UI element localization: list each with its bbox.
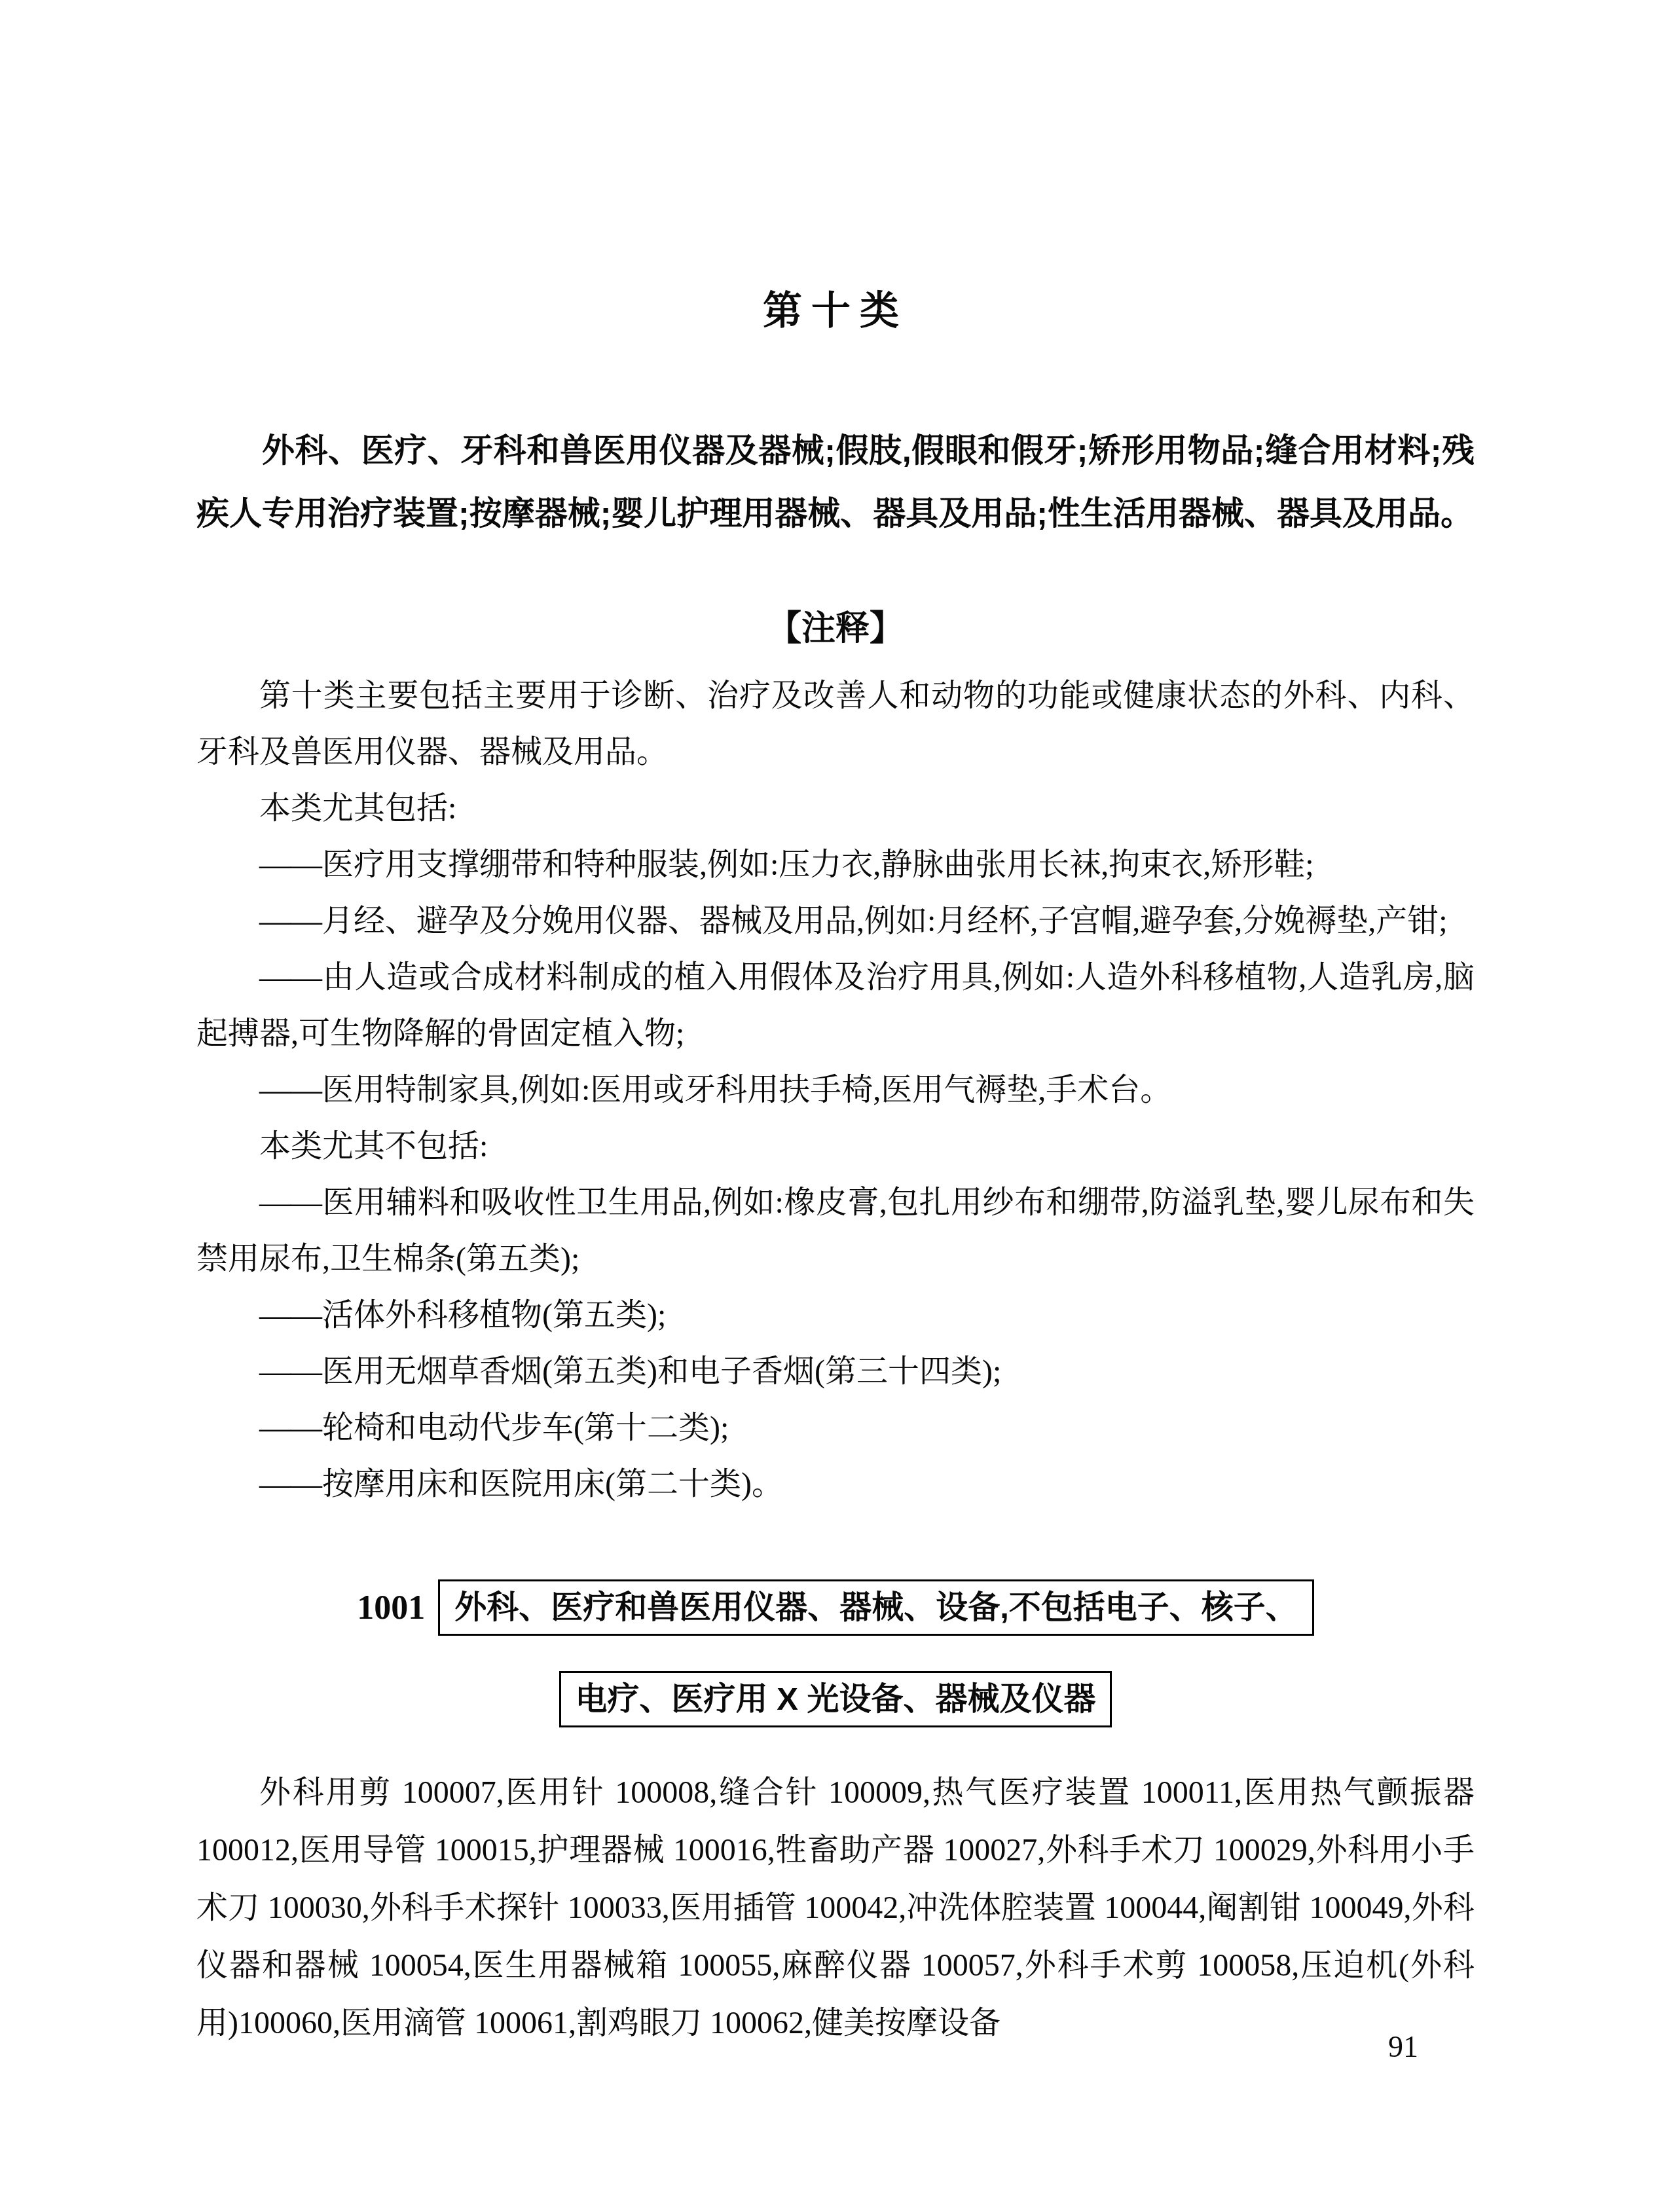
page-number: 91 bbox=[1388, 2029, 1418, 2065]
note-list-item: ——活体外科移植物(第五类); bbox=[196, 1287, 1475, 1344]
note-list-item: ——轮椅和电动代步车(第十二类); bbox=[196, 1400, 1475, 1456]
class-title: 第十类 bbox=[196, 287, 1475, 335]
section-heading-line1: 外科、医疗和兽医用仪器、器械、设备,不包括电子、核子、 bbox=[438, 1579, 1314, 1636]
note-list-item: ——按摩用床和医院用床(第二十类)。 bbox=[196, 1456, 1475, 1513]
notes-section: 第十类主要包括主要用于诊断、治疗及改善人和动物的功能或健康状态的外科、内科、牙科… bbox=[196, 668, 1475, 1513]
note-list-item: ——医用辅料和吸收性卫生用品,例如:橡皮膏,包扎用纱布和绷带,防溢乳垫,婴儿尿布… bbox=[196, 1175, 1475, 1287]
document-page: 第十类 外科、医疗、牙科和兽医用仪器及器械;假肢,假眼和假牙;矫形用物品;缝合用… bbox=[0, 0, 1671, 2212]
section-heading-row2: 电疗、医疗用 X 光设备、器械及仪器 bbox=[196, 1671, 1475, 1727]
note-list-item: ——医疗用支撑绷带和特种服装,例如:压力衣,静脉曲张用长袜,拘束衣,矫形鞋; bbox=[196, 837, 1475, 893]
note-list-item: ——月经、避孕及分娩用仪器、器械及用品,例如:月经杯,子宫帽,避孕套,分娩褥垫,… bbox=[196, 893, 1475, 949]
section-heading-row: 1001 外科、医疗和兽医用仪器、器械、设备,不包括电子、核子、 bbox=[196, 1579, 1475, 1636]
note-subhead-excludes: 本类尤其不包括: bbox=[196, 1118, 1475, 1175]
class-description: 外科、医疗、牙科和兽医用仪器及器械;假肢,假眼和假牙;矫形用物品;缝合用材料;残… bbox=[196, 419, 1475, 545]
section-goods-list: 外科用剪 100007,医用针 100008,缝合针 100009,热气医疗装置… bbox=[196, 1764, 1475, 2052]
note-list-item: ——医用特制家具,例如:医用或牙科用扶手椅,医用气褥垫,手术台。 bbox=[196, 1062, 1475, 1118]
section-heading-line2: 电疗、医疗用 X 光设备、器械及仪器 bbox=[559, 1671, 1112, 1727]
page-content: 第十类 外科、医疗、牙科和兽医用仪器及器械;假肢,假眼和假牙;矫形用物品;缝合用… bbox=[196, 0, 1475, 2052]
note-list-item: ——由人造或合成材料制成的植入用假体及治疗用具,例如:人造外科移植物,人造乳房,… bbox=[196, 949, 1475, 1062]
note-subhead-includes: 本类尤其包括: bbox=[196, 781, 1475, 837]
section-number: 1001 bbox=[357, 1589, 425, 1627]
notes-header: 【注释】 bbox=[196, 608, 1475, 650]
note-paragraph: 第十类主要包括主要用于诊断、治疗及改善人和动物的功能或健康状态的外科、内科、牙科… bbox=[196, 668, 1475, 781]
note-list-item: ——医用无烟草香烟(第五类)和电子香烟(第三十四类); bbox=[196, 1344, 1475, 1400]
